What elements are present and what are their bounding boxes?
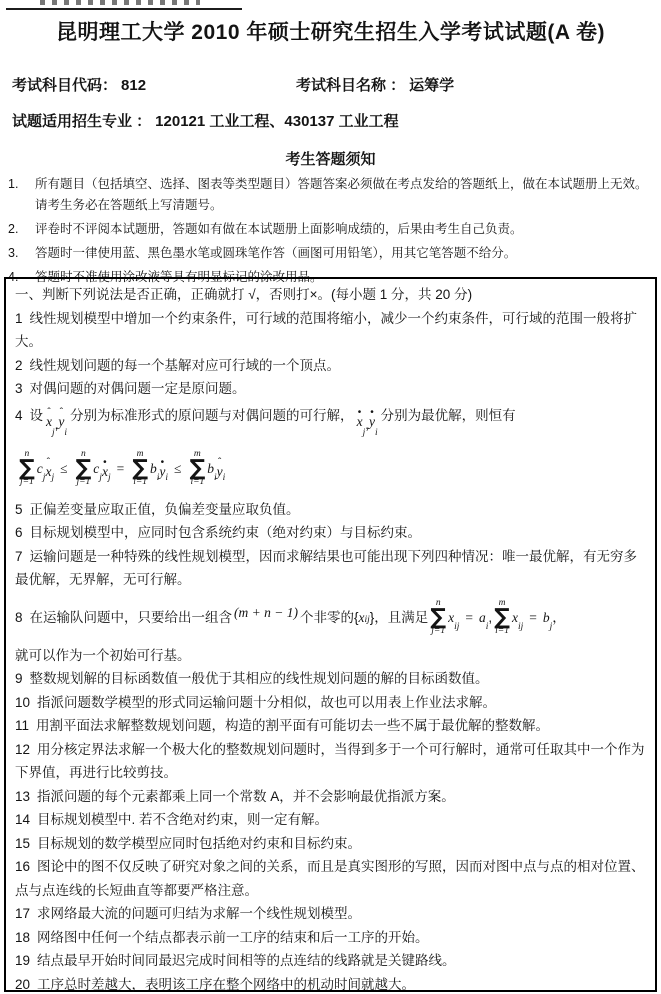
subject-name: 考试科目名称 ：运筹学 [296, 74, 454, 95]
question-text: 在运输队问题中，只要给出一组含 [30, 609, 233, 627]
question-text: 目标规划模型中，应同时包含系统约束（绝对约束）与目标约束。 [30, 525, 422, 540]
exam-paper-page: 昆明理工大学 2010 年硕士研究生招生入学考试试题(A 卷) 考试科目代码：8… [0, 0, 661, 994]
question-text: 对偶问题的对偶问题一定是原问题。 [30, 381, 246, 396]
page-title: 昆明理工大学 2010 年硕士研究生招生入学考试试题(A 卷) [8, 16, 653, 46]
question-text: 分别为最优解，则恒有 [381, 408, 516, 423]
sigma-icon: ∑ [189, 459, 205, 478]
question-number: 8 [15, 606, 23, 630]
question-number: 4 [15, 408, 23, 423]
question-number: 19 [15, 953, 30, 968]
question-text: 运输问题是一种特殊的线性规划模型，因而求解结果也可能出现下列四种情况：唯一最优解… [15, 549, 637, 588]
sum-term: n∑j=1cjˆxj [17, 450, 54, 487]
question-row: 19结点最早开始时间同最迟完成时间相等的点连结的线路就是关键路线。 [15, 949, 646, 973]
question-row: 2线性规划问题的每一个基解对应可行域的一个顶点。 [15, 354, 646, 378]
relation-symbol: ≤ [174, 457, 181, 481]
sum-symbol: m∑i=1 [494, 599, 510, 636]
question-row: 7运输问题是一种特殊的线性规划模型，因而求解结果也可能出现下列四种情况：唯一最优… [15, 545, 646, 592]
notice-item: 3. 答题时一律使用蓝、黑色墨水笔或圆珠笔作答（画图可用铅笔），用其它笔答题不给… [8, 243, 651, 264]
notice-list: 1. 所有题目（包括填空、选择、图表等类型题目）答题答案必须做在考点发给的答题纸… [0, 174, 661, 288]
notice-item-number: 3. [8, 243, 35, 264]
sigma-icon: ∑ [132, 459, 148, 478]
math-paren-expression: (m + n − 1) [234, 601, 298, 625]
question-number: 12 [15, 742, 30, 757]
question-number: 10 [15, 695, 30, 710]
question-number: 11 [15, 718, 29, 733]
question-number: 17 [15, 906, 30, 921]
sigma-icon: ∑ [19, 459, 35, 478]
subject-code: 考试科目代码：812 [12, 74, 296, 95]
majors-value: 120121 工业工程、430137 工业工程 [155, 113, 398, 130]
question-row: 15目标规划的数学模型应同时包括绝对约束和目标约束。 [15, 832, 646, 856]
question-text: 指派问题数学模型的形式同运输问题十分相似，故也可以用表上作业法求解。 [37, 695, 496, 710]
question-text: 网络图中任何一个结点都表示前一工序的结束和后一工序的开始。 [37, 930, 429, 945]
question-text: 工序总时差越大，表明该工序在整个网络中的机动时间就越大。 [37, 977, 415, 992]
question-number: 14 [15, 812, 30, 827]
relation-symbol: ≤ [60, 457, 67, 481]
question-row: 17求网络最大流的问题可归结为求解一个线性规划模型。 [15, 902, 646, 926]
math-var: xij [359, 606, 370, 630]
section-heading: 一、判断下列说法是否正确，正确就打 √，否则打×。(每小题 1 分，共 20 分… [15, 283, 646, 307]
question-row: 18网络图中任何一个结点都表示前一工序的结束和后一工序的开始。 [15, 926, 646, 950]
majors-row: 试题适用招生专业 ：120121 工业工程、430137 工业工程 [12, 110, 649, 131]
question-row: 1线性规划模型中增加一个约束条件，可行域的范围将缩小，减少一个约束条件，可行域的… [15, 307, 646, 354]
question-text: 结点最早开始时间同最迟完成时间相等的点连结的线路就是关键路线。 [37, 953, 456, 968]
question-text: 指派问题的每个元素都乘上同一个常数 A，并不会影响最优指派方案。 [37, 789, 455, 804]
notice-title: 考生答题须知 [0, 148, 661, 169]
question-number: 15 [15, 836, 30, 851]
question-row: 3对偶问题的对偶问题一定是原问题。 [15, 377, 646, 401]
question-row: 12用分核定界法求解一个极大化的整数规划问题时，当得到多于一个可行解时，通常可任… [15, 738, 646, 785]
question-text: 目标规划的数学模型应同时包括绝对约束和目标约束。 [37, 836, 361, 851]
exam-meta: 考试科目代码：812 考试科目名称 ：运筹学 试题适用招生专业 ：120121 … [0, 74, 661, 131]
sigma-icon: ∑ [76, 459, 92, 478]
questions-box: 一、判断下列说法是否正确，正确就打 √，否则打×。(每小题 1 分，共 20 分… [4, 277, 657, 992]
math-feasible-vars: ˆxj,ˆyi [46, 410, 67, 440]
question-row: 8在运输队问题中，只要给出一组含(m + n − 1)个非零的{xij}，且满足… [15, 592, 646, 644]
subject-name-label: 考试科目名称 ： [296, 77, 405, 94]
question-text: 分别为标准形式的原问题与对偶问题的可行解， [70, 408, 354, 423]
sum-symbol: n∑j=1 [430, 599, 446, 636]
notice-item-text: 答题时一律使用蓝、黑色墨水笔或圆珠笔作答（画图可用铅笔），用其它笔答题不给分。 [35, 243, 651, 264]
question-row: 16图论中的图不仅反映了研究对象之间的关系，而且是真实图形的写照，因而对图中点与… [15, 855, 646, 902]
question-text: 正偏差变量应取正值，负偏差变量应取负值。 [30, 502, 300, 517]
relation-symbol: = [117, 457, 125, 481]
question-4-formula: n∑j=1cjˆxj ≤ n∑j=1cj•xj = m∑i=1bi•yi ≤ m… [17, 441, 646, 497]
question-row: 14目标规划模型中. 若不含绝对约束，则一定有解。 [15, 808, 646, 832]
question-number: 6 [15, 525, 23, 540]
question-row: 6目标规划模型中，应同时包含系统约束（绝对约束）与目标约束。 [15, 521, 646, 545]
question-continuation: 就可以作为一个初始可行基。 [15, 644, 646, 668]
subject-row: 考试科目代码：812 考试科目名称 ：运筹学 [12, 74, 649, 95]
question-number: 20 [15, 977, 30, 992]
subject-name-value: 运筹学 [409, 77, 454, 94]
sum-symbol: m∑i=1 [189, 450, 205, 487]
sum-term: m∑i=1biˆyi [187, 450, 225, 487]
question-row: 5正偏差变量应取正值，负偏差变量应取负值。 [15, 498, 646, 522]
question-number: 18 [15, 930, 30, 945]
question-text: 整数规划解的目标函数值一般优于其相应的线性规划问题的解的目标函数值。 [30, 671, 489, 686]
question-text: 目标规划模型中. 若不含绝对约束，则一定有解。 [37, 812, 328, 827]
question-row: 4设ˆxj,ˆyi分别为标准形式的原问题与对偶问题的可行解，•xj,•yi分别为… [15, 401, 646, 440]
sigma-icon: ∑ [430, 608, 446, 627]
question-number: 16 [15, 859, 30, 874]
sum-symbol: n∑j=1 [76, 450, 92, 487]
sum-term: n∑j=1xij=ai, [428, 599, 492, 636]
question-row: 11用割平面法求解整数规划问题，构造的割平面有可能切去一些不属于最优解的整数解。 [15, 714, 646, 738]
question-row: 13指派问题的每个元素都乘上同一个常数 A，并不会影响最优指派方案。 [15, 785, 646, 809]
question-text: 线性规划问题的每一个基解对应可行域的一个顶点。 [30, 358, 341, 373]
math-optimal-vars: •xj,•yi [357, 410, 378, 440]
scan-cutoff-artifact [6, 0, 242, 10]
notice-item: 2. 评卷时不评阅本试题册，答题如有做在本试题册上面影响成绩的，后果由考生自己负… [8, 219, 651, 240]
relation-symbol: = [465, 606, 473, 630]
majors-label: 试题适用招生专业 ： [12, 113, 151, 130]
question-text: 用分核定界法求解一个极大化的整数规划问题时，当得到多于一个可行解时，通常可任取其… [15, 742, 645, 781]
question-number: 3 [15, 381, 23, 396]
sum-symbol: m∑i=1 [132, 450, 148, 487]
sum-term: n∑j=1cj•xj [74, 450, 111, 487]
subject-code-label: 考试科目代码： [12, 77, 117, 94]
question-row: 10指派问题数学模型的形式同运输问题十分相似，故也可以用表上作业法求解。 [15, 691, 646, 715]
cutoff-text-fragment [40, 0, 200, 5]
question-number: 7 [15, 549, 23, 564]
sum-term: m∑i=1xij=bj， [492, 599, 566, 636]
question-text: 求网络最大流的问题可归结为求解一个线性规划模型。 [37, 906, 361, 921]
notice-item-text: 评卷时不评阅本试题册，答题如有做在本试题册上面影响成绩的，后果由考生自己负责。 [35, 219, 651, 240]
question-number: 13 [15, 789, 30, 804]
notice-item: 1. 所有题目（包括填空、选择、图表等类型题目）答题答案必须做在考点发给的答题纸… [8, 174, 651, 216]
sigma-icon: ∑ [494, 608, 510, 627]
subject-code-value: 812 [121, 77, 146, 94]
notice-item-text: 所有题目（包括填空、选择、图表等类型题目）答题答案必须做在考点发给的答题纸上，做… [35, 174, 651, 216]
question-number: 5 [15, 502, 23, 517]
question-text: 用割平面法求解整数规划问题，构造的割平面有可能切去一些不属于最优解的整数解。 [36, 718, 549, 733]
question-number: 1 [15, 311, 23, 326]
question-number: 9 [15, 671, 23, 686]
question-row: 20工序总时差越大，表明该工序在整个网络中的机动时间就越大。 [15, 973, 646, 994]
question-text: 线性规划模型中增加一个约束条件，可行域的范围将缩小，减少一个约束条件，可行域的范… [15, 311, 637, 350]
question-text: 图论中的图不仅反映了研究对象之间的关系，而且是真实图形的写照，因而对图中点与点的… [15, 859, 645, 898]
sum-symbol: n∑j=1 [19, 450, 35, 487]
relation-symbol: = [529, 606, 537, 630]
sum-term: m∑i=1bi•yi [130, 450, 168, 487]
notice-item-number: 2. [8, 219, 35, 240]
notice-item-number: 1. [8, 174, 35, 216]
question-text: 设 [30, 408, 44, 423]
question-number: 2 [15, 358, 23, 373]
question-row: 9整数规划解的目标函数值一般优于其相应的线性规划问题的解的目标函数值。 [15, 667, 646, 691]
sum-lower-limit: j=1 [20, 478, 34, 487]
